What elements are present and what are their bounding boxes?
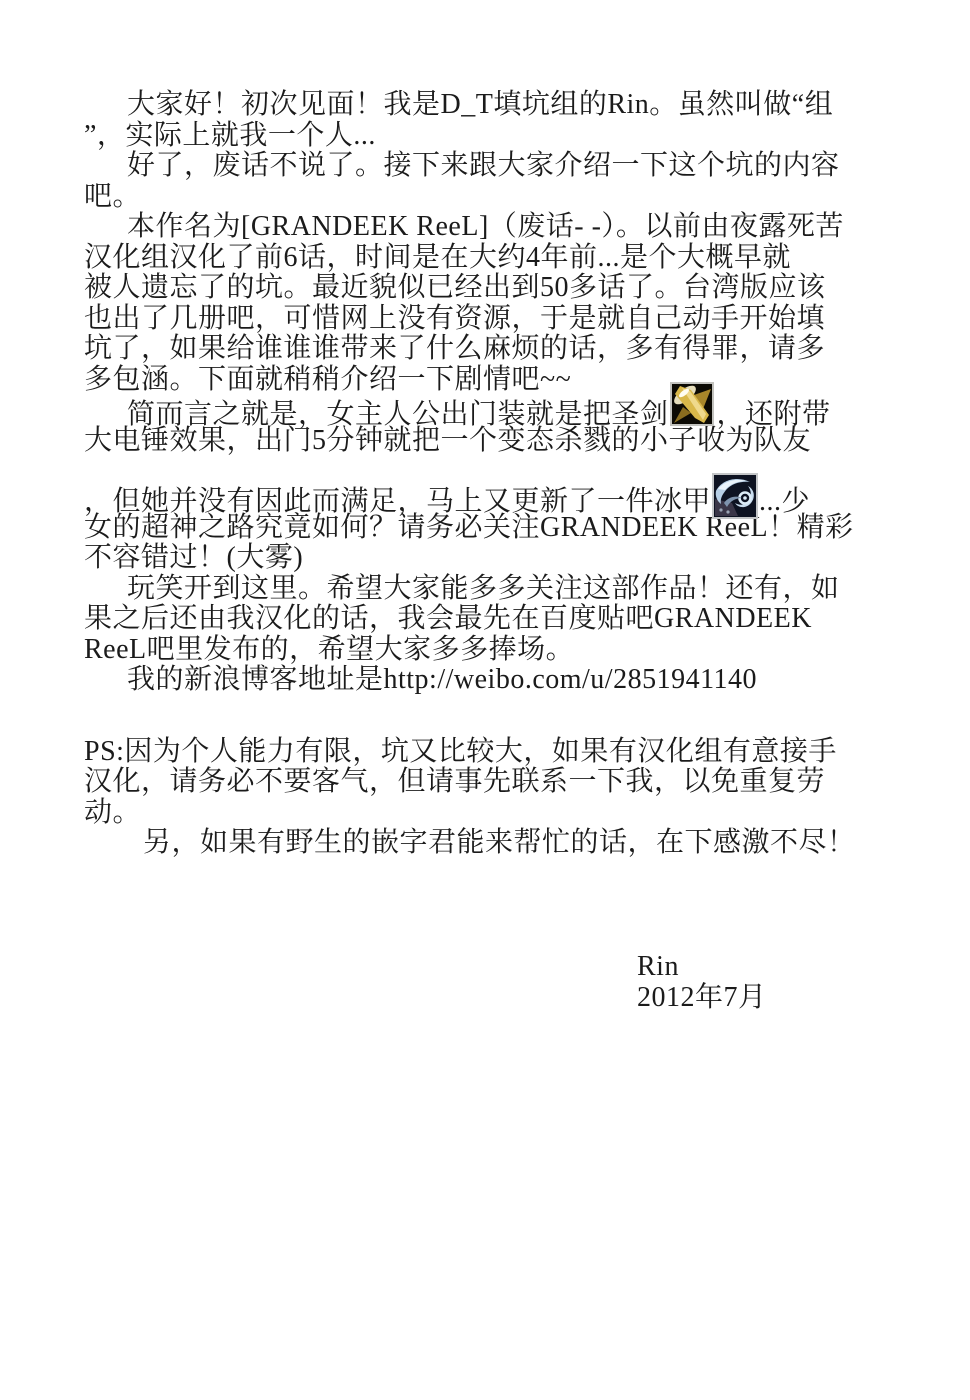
text-line: 被人遗忘了的坑。最近貌似已经出到50多话了。台湾版应该 xyxy=(84,273,904,304)
text-line: 多包涵。下面就稍稍介绍一下剧情吧~~ xyxy=(84,365,904,396)
text-line: 汉化，请务必不要客气，但请事先联系一下我，以免重复劳 xyxy=(84,767,904,798)
translator-note-page: 大家好！初次见面！我是D_T填坑组的Rin。虽然叫做“组”，实际上就我一个人..… xyxy=(0,0,970,1400)
text-line: ReeL吧里发布的，希望大家多多捧场。 xyxy=(84,635,904,666)
text-line: 我的新浪博客地址是http://weibo.com/u/2851941140 xyxy=(84,665,904,696)
text-line: 汉化组汉化了前6话，时间是在大约4年前...是个大概早就 xyxy=(84,243,904,274)
holy-sword-item-icon xyxy=(669,395,717,423)
text-line: 不容错过！(大雾) xyxy=(84,543,904,574)
text-line: PS:因为个人能力有限，坑又比较大，如果有汉化组有意接手 xyxy=(84,737,904,768)
document-lines: 大家好！初次见面！我是D_T填坑组的Rin。虽然叫做“组”，实际上就我一个人..… xyxy=(84,90,904,859)
text-line: 也出了几册吧，可惜网上没有资源，于是就自己动手开始填 xyxy=(84,304,904,335)
text-line: ，但她并没有因此而满足，马上又更新了一件冰甲 ...少 xyxy=(84,482,904,513)
signature-date: 2012年7月 xyxy=(637,982,767,1013)
signature-name: Rin xyxy=(637,951,767,982)
signature-block: Rin 2012年7月 xyxy=(637,951,767,1013)
ice-armor-item-icon xyxy=(711,482,759,510)
text-line: 动。 xyxy=(84,798,904,829)
text-line: 果之后还由我汉化的话，我会最先在百度贴吧GRANDEEK xyxy=(84,604,904,635)
text-line: 坑了，如果给谁谁谁带来了什么麻烦的话，多有得罪，请多 xyxy=(84,334,904,365)
text-line: 另，如果有野生的嵌字君能来帮忙的话，在下感激不尽！ xyxy=(84,828,904,859)
text-line: 女的超神之路究竟如何？请务必关注GRANDEEK ReeL！精彩 xyxy=(84,513,904,544)
text-line: 简而言之就是，女主人公出门装就是把圣剑 ，还附带 xyxy=(84,395,904,426)
text-line: 本作名为[GRANDEEK ReeL]（废话- -）。以前由夜露死苦 xyxy=(84,212,904,243)
text-line: ”，实际上就我一个人... xyxy=(84,121,904,152)
text-line: 玩笑开到这里。希望大家能多多关注这部作品！还有，如 xyxy=(84,574,904,605)
text-line: 大电锤效果，出门5分钟就把一个变态杀戮的小子收为队友 xyxy=(84,426,904,457)
text-line: 吧。 xyxy=(84,182,904,213)
text-line: 大家好！初次见面！我是D_T填坑组的Rin。虽然叫做“组 xyxy=(84,90,904,121)
text-line: 好了，废话不说了。接下来跟大家介绍一下这个坑的内容 xyxy=(84,151,904,182)
